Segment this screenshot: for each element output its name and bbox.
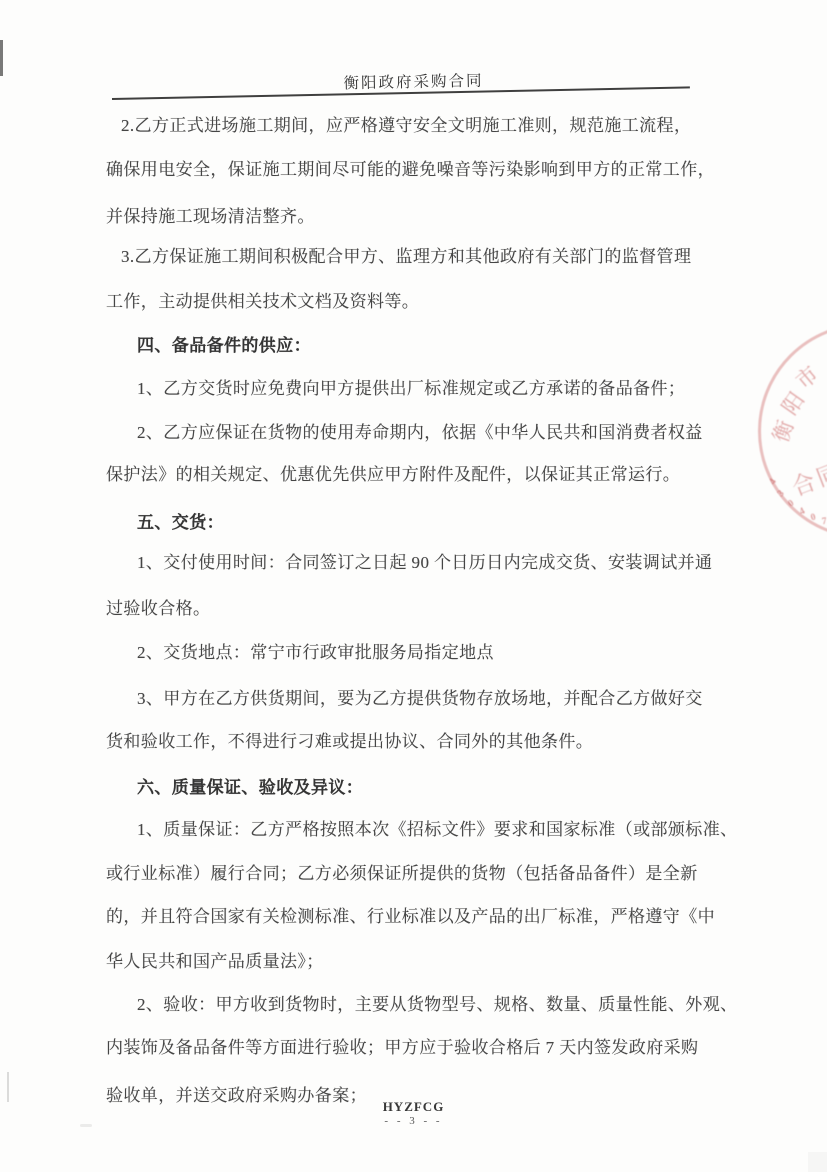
contract-line: 3.乙方保证施工期间积极配合甲方、监理方和其他政府有关部门的监督管理	[121, 242, 691, 267]
scan-artifact	[80, 1124, 92, 1127]
contract-line: 的，并且符合国家有关检测标准、行业标准以及产品的出厂标准，严格遵守《中	[106, 902, 715, 927]
contract-line: 工作，主动提供相关技术文档及资料等。	[106, 287, 419, 312]
contract-line: 2、乙方应保证在货物的使用寿命期内，依据《中华人民共和国消费者权益	[137, 418, 703, 443]
contract-line: 1、质量保证：乙方严格按照本次《招标文件》要求和国家标准（或部颁标准、	[137, 815, 738, 840]
section-heading: 六、质量保证、验收及异议：	[137, 773, 363, 798]
contract-line: 保护法》的相关规定、优惠优先供应甲方附件及配件，以保证其正常运行。	[106, 460, 680, 485]
footer-code: HYZFCG	[0, 1099, 827, 1115]
contract-line: 1、乙方交货时应免费向甲方提供出厂标准规定或乙方承诺的备品备件；	[137, 374, 685, 399]
contract-line: 2、验收：甲方收到货物时，主要从货物型号、规格、数量、质量性能、外观、	[137, 990, 738, 1015]
seal-serial-digit: 7	[821, 517, 827, 528]
contract-line: 3、甲方在乙方供货期间，要为乙方提供货物存放场地，并配合乙方做好交	[137, 684, 703, 709]
page-title: 衡阳政府采购合同	[0, 62, 827, 100]
contract-line: 并保持施工现场清洁整齐。	[106, 202, 315, 227]
contract-line: 2、交货地点：常宁市行政审批服务局指定地点	[137, 638, 494, 663]
scan-artifact	[808, 1152, 827, 1172]
contract-line: 2.乙方正式进场施工期间，应严格遵守安全文明施工准则，规范施工流程，	[121, 111, 691, 136]
contract-line: 1、交付使用时间：合同签订之日起 90 个日历日内完成交货、安装调试并通	[137, 548, 712, 573]
page-number: - - 3 - -	[0, 1115, 827, 1127]
contract-line: 货和验收工作，不得进行刁难或提出协议、合同外的其他条件。	[106, 727, 593, 752]
section-heading: 四、备品备件的供应：	[137, 331, 311, 356]
contract-line: 过验收合格。	[106, 594, 210, 619]
scan-artifact	[0, 40, 3, 76]
contract-line: 内装饰及备品备件等方面进行验收；甲方应于验收合格后 7 天内签发政府采购	[106, 1033, 698, 1058]
contract-line: 华人民共和国产品质量法》；	[106, 947, 324, 972]
contract-line: 或行业标准）履行合同；乙方必须保证所提供的货物（包括备品备件）是全新	[106, 859, 698, 884]
section-heading: 五、交货：	[137, 508, 224, 533]
contract-scan-page: 衡阳政府采购合同 2.乙方正式进场施工期间，应严格遵守安全文明施工准则，规范施工…	[0, 0, 827, 1172]
contract-line: 确保用电安全，保证施工期间尽可能的避免噪音等污染影响到甲方的正常工作，	[106, 155, 715, 180]
scan-artifact	[7, 1072, 9, 1102]
